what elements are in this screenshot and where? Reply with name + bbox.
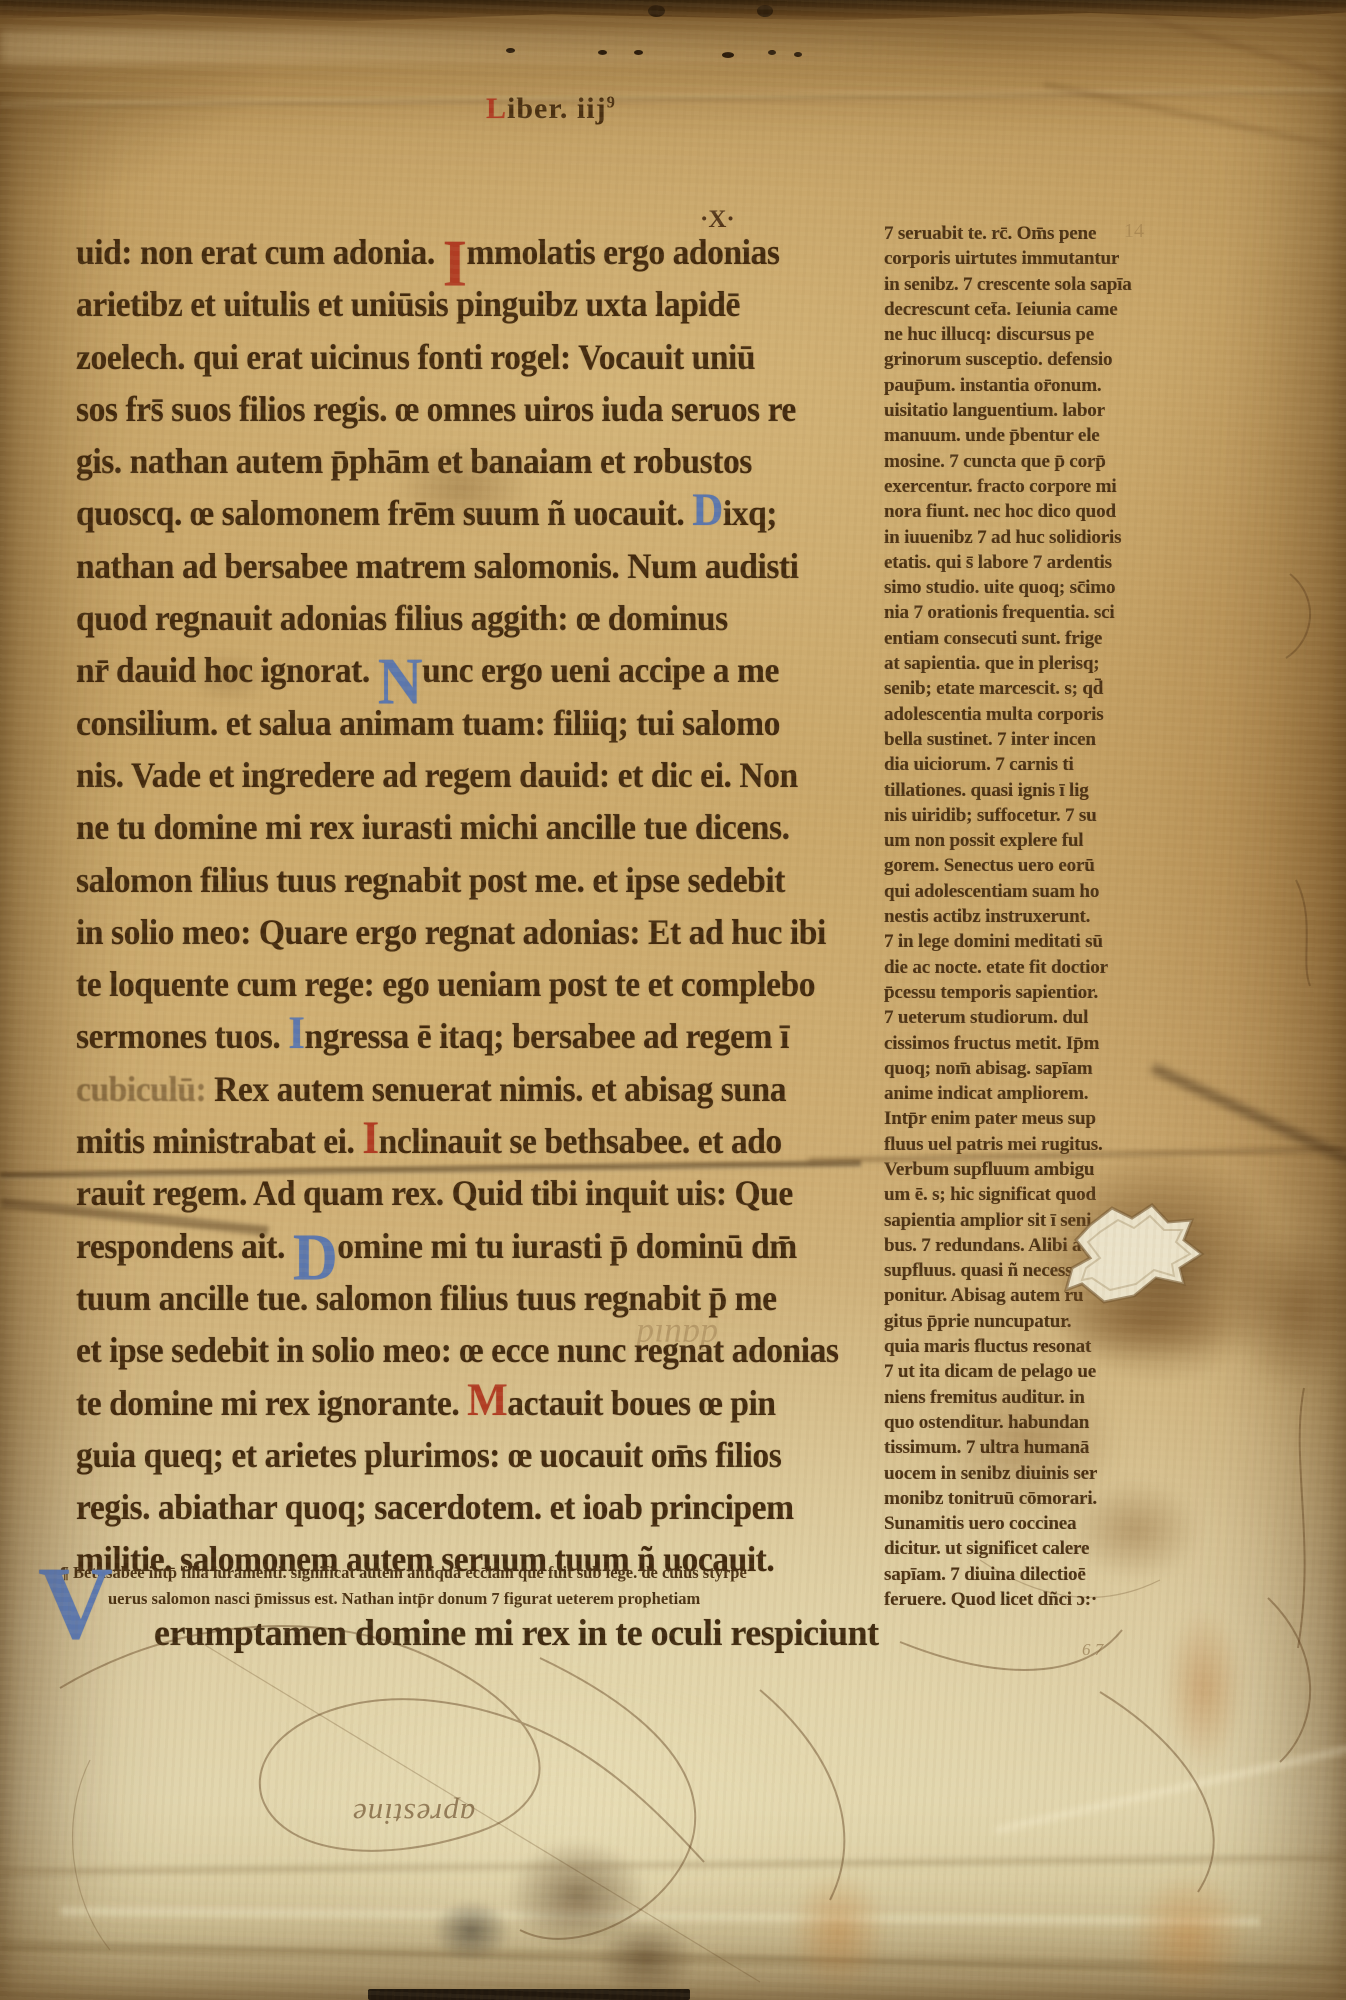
versal-initial-v: V [38, 1552, 113, 1656]
gloss-line: Sunamitis uero coccinea [884, 1512, 1132, 1537]
text-segment: quoscq. œ salomonem frēm suum ñ uocauit. [76, 493, 692, 533]
gloss-line: quo ostenditur. habundan [884, 1411, 1132, 1436]
gloss-commentary-column: 7 seruabit te. rc̄. Om̄s penecorporis ui… [884, 222, 1124, 1613]
text-segment: sos frs̄ suos filios regis. œ omnes uiro… [76, 389, 796, 429]
main-text-line: rauit regem. Ad quam rex. Quid tibi inqu… [76, 1167, 839, 1219]
text-segment: tuum ancille tue. salomon filius tuus re… [76, 1278, 777, 1318]
text-segment: salomon filius tuus regnabit post me. et… [76, 860, 785, 900]
main-text-line: quoscq. œ salomonem frēm suum ñ uocauit.… [76, 487, 839, 539]
gloss-line: nis uiridib; suffocetur. 7 su [884, 804, 1132, 829]
slit-hole [506, 48, 515, 53]
text-segment: te loquente cum rege: ego ueniam post te… [76, 964, 815, 1004]
page-curl-highlight [995, 1730, 1346, 1835]
main-text-line: mitis ministrabat ei. Inclinauit se beth… [76, 1115, 839, 1167]
gloss-line: grinorum susceptio. defensio [884, 348, 1132, 373]
gloss-line: 7 seruabit te. rc̄. Om̄s pene [884, 222, 1132, 247]
text-segment: guia queq; et arietes plurimos: œ uocaui… [76, 1435, 781, 1475]
main-text-line: nis. Vade et ingredere ad regem dauid: e… [76, 749, 839, 801]
manuscript-page: Liber. iij9 ·X· 14 6 7 aprestine dauid u… [0, 0, 1346, 2000]
text-segment: actauit boues œ pin [507, 1383, 775, 1423]
text-segment: te domine mi rex ignorante. [76, 1383, 467, 1423]
foot-gloss-line: ¶ Bethsabee intp̄ filia iuramenti. signi… [60, 1560, 747, 1586]
gloss-line: um non possit explere ful [884, 829, 1132, 854]
gloss-line: mosine. 7 cuncta que p̄ corp̄ [884, 450, 1132, 475]
text-segment: ngressa ē itaq; bersabee ad regem ī [305, 1016, 789, 1056]
main-text-line: guia queq; et arietes plurimos: œ uocaui… [76, 1429, 839, 1481]
corner-wrinkle [1043, 82, 1346, 156]
text-segment: mmolatis ergo adonias [466, 232, 779, 272]
text-segment: unc ergo ueni accipe a me [422, 650, 779, 690]
slit-hole [634, 50, 643, 55]
text-segment: respondens ait. [76, 1226, 293, 1266]
pen-trial-mark: 6 7 [1082, 1640, 1103, 1660]
slit-hole [598, 50, 607, 55]
main-text-column: uid: non erat cum adonia. Immolatis ergo… [76, 226, 893, 1586]
text-segment: mitis ministrabat ei. [76, 1121, 362, 1161]
gloss-line: cissimos fructus metit. Ip̄m [884, 1032, 1132, 1057]
gloss-line: senib; etate marcescit. s; qd̄ [884, 677, 1132, 702]
gloss-line: feruere. Quod licet dñci ɔ:· [884, 1588, 1132, 1613]
gloss-line: sapīam. 7 diuina dilectioē [884, 1563, 1132, 1588]
text-segment: nr̄ dauid hoc ignorat. [76, 650, 378, 690]
gloss-line: 7 ueterum studiorum. dul [884, 1006, 1132, 1031]
worm-hole [648, 5, 665, 17]
main-text-line: uid: non erat cum adonia. Immolatis ergo… [76, 226, 839, 278]
main-text-line: tuum ancille tue. salomon filius tuus re… [76, 1272, 839, 1324]
text-segment: in solio meo: Quare ergo regnat adonias:… [76, 912, 826, 952]
orange-stain [788, 1872, 888, 1992]
bottom-wrinkle-light [60, 1907, 1260, 1926]
main-text-line: te loquente cum rege: ego ueniam post te… [76, 958, 839, 1010]
text-segment: omine mi tu iurasti p̄ dominū dm̄ [337, 1226, 797, 1266]
dark-blotch [596, 1918, 696, 1998]
bottom-wrinkle [0, 1942, 1346, 1973]
gloss-line: corporis uirtutes immutantur [884, 247, 1132, 272]
main-text-line: gis. nathan autem p̄phām et banaiam et r… [76, 435, 839, 487]
gloss-line: Intp̄r enim pater meus sup [884, 1107, 1132, 1132]
gloss-line: 7 in lege domini meditati sū [884, 930, 1132, 955]
gloss-line: paup̄um. instantia or̄onum. [884, 374, 1132, 399]
gloss-line: nora fiunt. nec hoc dico quod [884, 500, 1132, 525]
main-text-line: salomon filius tuus regnabit post me. et… [76, 854, 839, 906]
gray-smudge [432, 1900, 510, 1962]
text-segment: Rex autem senuerat nimis. et abisag suna [214, 1069, 786, 1109]
gloss-line: bella sustinet. 7 inter incen [884, 728, 1132, 753]
versal-initial: I [288, 1007, 304, 1058]
text-segment: ixq; [723, 493, 777, 533]
text-segment: nis. Vade et ingredere ad regem dauid: e… [76, 755, 798, 795]
heading-superscript: 9 [607, 92, 616, 111]
gloss-line: niens fremitus auditur. in [884, 1386, 1132, 1411]
gloss-line: anime indicat ampliorem. [884, 1082, 1132, 1107]
top-highlight [0, 30, 969, 64]
text-segment: gis. nathan autem p̄phām et banaiam et r… [76, 441, 752, 481]
main-text-line: consilium. et salua animam tuam: filiiq;… [76, 697, 839, 749]
main-text-line: sermones tuos. Ingressa ē itaq; bersabee… [76, 1010, 839, 1062]
main-text-line: zoelech. qui erat uicinus fonti rogel: V… [76, 331, 839, 383]
text-segment: rauit regem. Ad quam rex. Quid tibi inqu… [76, 1173, 793, 1213]
main-text-line: et ipse sedebit in solio meo: œ ecce nun… [76, 1324, 839, 1376]
gloss-line: in senibz. 7 crescente sola sapīa [884, 273, 1132, 298]
main-text-line: nathan ad bersabee matrem salomonis. Num… [76, 540, 839, 592]
text-segment: cubiculū: [76, 1069, 214, 1109]
versal-initial: M [467, 1374, 507, 1425]
text-segment: consilium. et salua animam tuam: filiiq;… [76, 703, 780, 743]
gloss-line: fluus uel patris mei rugitus. [884, 1133, 1132, 1158]
gloss-line: p̄cessu temporis sapientior. [884, 981, 1132, 1006]
main-text-line: regis. abiathar quoq; sacerdotem. et ioa… [76, 1481, 839, 1533]
text-segment: regis. abiathar quoq; sacerdotem. et ioa… [76, 1487, 794, 1527]
gloss-line: exercentur. fracto corpore mi [884, 475, 1132, 500]
gloss-line: nia 7 orationis frequentia. sci [884, 601, 1132, 626]
final-text-line: erumptamen domine mi rex in te oculi res… [154, 1612, 879, 1655]
text-segment: nclinauit se bethsabee. et ado [379, 1121, 782, 1161]
slit-hole [794, 52, 802, 57]
gloss-line: ne huc illucq: discursus pe [884, 323, 1132, 348]
text-segment: ne tu domine mi rex iurasti michi ancill… [76, 807, 790, 847]
main-text-line: ne tu domine mi rex iurasti michi ancill… [76, 801, 839, 853]
text-segment: et ipse sedebit in solio meo: œ ecce nun… [76, 1330, 839, 1370]
orange-stain [1128, 1872, 1248, 2000]
text-segment: uid: non erat cum adonia. [76, 232, 443, 272]
gloss-line: tillationes. quasi ignis ī lig [884, 779, 1132, 804]
text-segment: sermones tuos. [76, 1016, 288, 1056]
main-text-line: te domine mi rex ignorante. Mactauit bou… [76, 1377, 839, 1429]
versal-initial: I [362, 1112, 378, 1163]
gloss-line: die ac nocte. etate fit doctior [884, 956, 1132, 981]
gloss-line: uocem in senibz diuinis ser [884, 1462, 1132, 1487]
heading-initial: L [486, 92, 507, 125]
gloss-line: etatis. qui s̄ labore 7 ardentis [884, 551, 1132, 576]
heading-text: iber. iij [507, 92, 607, 125]
main-text-line: sos frs̄ suos filios regis. œ omnes uiro… [76, 383, 839, 435]
gloss-line: at sapientia. que in plerisq; [884, 652, 1132, 677]
main-text-line: in solio meo: Quare ergo regnat adonias:… [76, 906, 839, 958]
interlinear-foot-gloss: ¶ Bethsabee intp̄ filia iuramenti. signi… [60, 1560, 747, 1612]
gloss-line: uisitatio languentium. labor [884, 399, 1132, 424]
parchment-hole [1060, 1180, 1260, 1350]
foot-gloss-line: uerus salomon nasci p̄missus est. Nathan… [108, 1586, 747, 1612]
gloss-line: qui adolescentiam suam ho [884, 880, 1132, 905]
scan-edge-bar [368, 1989, 690, 2000]
gloss-line: manuum. unde p̄bentur ele [884, 424, 1132, 449]
gloss-line: quoq; nom̄ abisag. sapīam [884, 1057, 1132, 1082]
dark-blotch [508, 1840, 648, 1950]
gloss-line: decrescunt cet̄a. Ieiunia came [884, 298, 1132, 323]
slit-hole [722, 52, 734, 58]
bottom-wrinkle [0, 1855, 1346, 1875]
page-heading: Liber. iij9 [486, 92, 616, 126]
gloss-line: entiam consecuti sunt. frige [884, 627, 1132, 652]
main-text-line: arietibz et uitulis et uniūsis pinguibz … [76, 278, 839, 330]
slit-hole [768, 50, 776, 55]
gloss-line: simo studio. uite quoq; sc̄imo [884, 576, 1132, 601]
gloss-line: nestis actibz instruxerunt. [884, 905, 1132, 930]
text-segment: nathan ad bersabee matrem salomonis. Num… [76, 546, 799, 586]
main-text-line: respondens ait. Domine mi tu iurasti p̄ … [76, 1220, 839, 1272]
gloss-line: adolescentia multa corporis [884, 703, 1132, 728]
gloss-line: gorem. Senectus uero eorū [884, 854, 1132, 879]
main-text-line: nr̄ dauid hoc ignorat. Nunc ergo ueni ac… [76, 644, 839, 696]
gloss-line: monibz tonitruū cōmorari. [884, 1487, 1132, 1512]
orange-stain [1164, 1608, 1244, 1768]
gloss-line: tissimum. 7 ultra humanā [884, 1436, 1132, 1461]
worm-hole [757, 5, 773, 17]
gloss-line: in iuuenibz 7 ad huc solidioris [884, 526, 1132, 551]
versal-initial: D [692, 484, 723, 535]
gloss-line: dicitur. ut significet calere [884, 1537, 1132, 1562]
text-segment: arietibz et uitulis et uniūsis pinguibz … [76, 284, 740, 324]
text-segment: quod regnauit adonias filius aggith: œ d… [76, 598, 728, 638]
main-text-line: quod regnauit adonias filius aggith: œ d… [76, 592, 839, 644]
text-segment: zoelech. qui erat uicinus fonti rogel: V… [76, 337, 755, 377]
main-text-line: cubiculū: Rex autem senuerat nimis. et a… [76, 1063, 839, 1115]
pen-trial-word: aprestine [352, 1796, 475, 1832]
gloss-line: dia uiciorum. 7 carnis ti [884, 753, 1132, 778]
